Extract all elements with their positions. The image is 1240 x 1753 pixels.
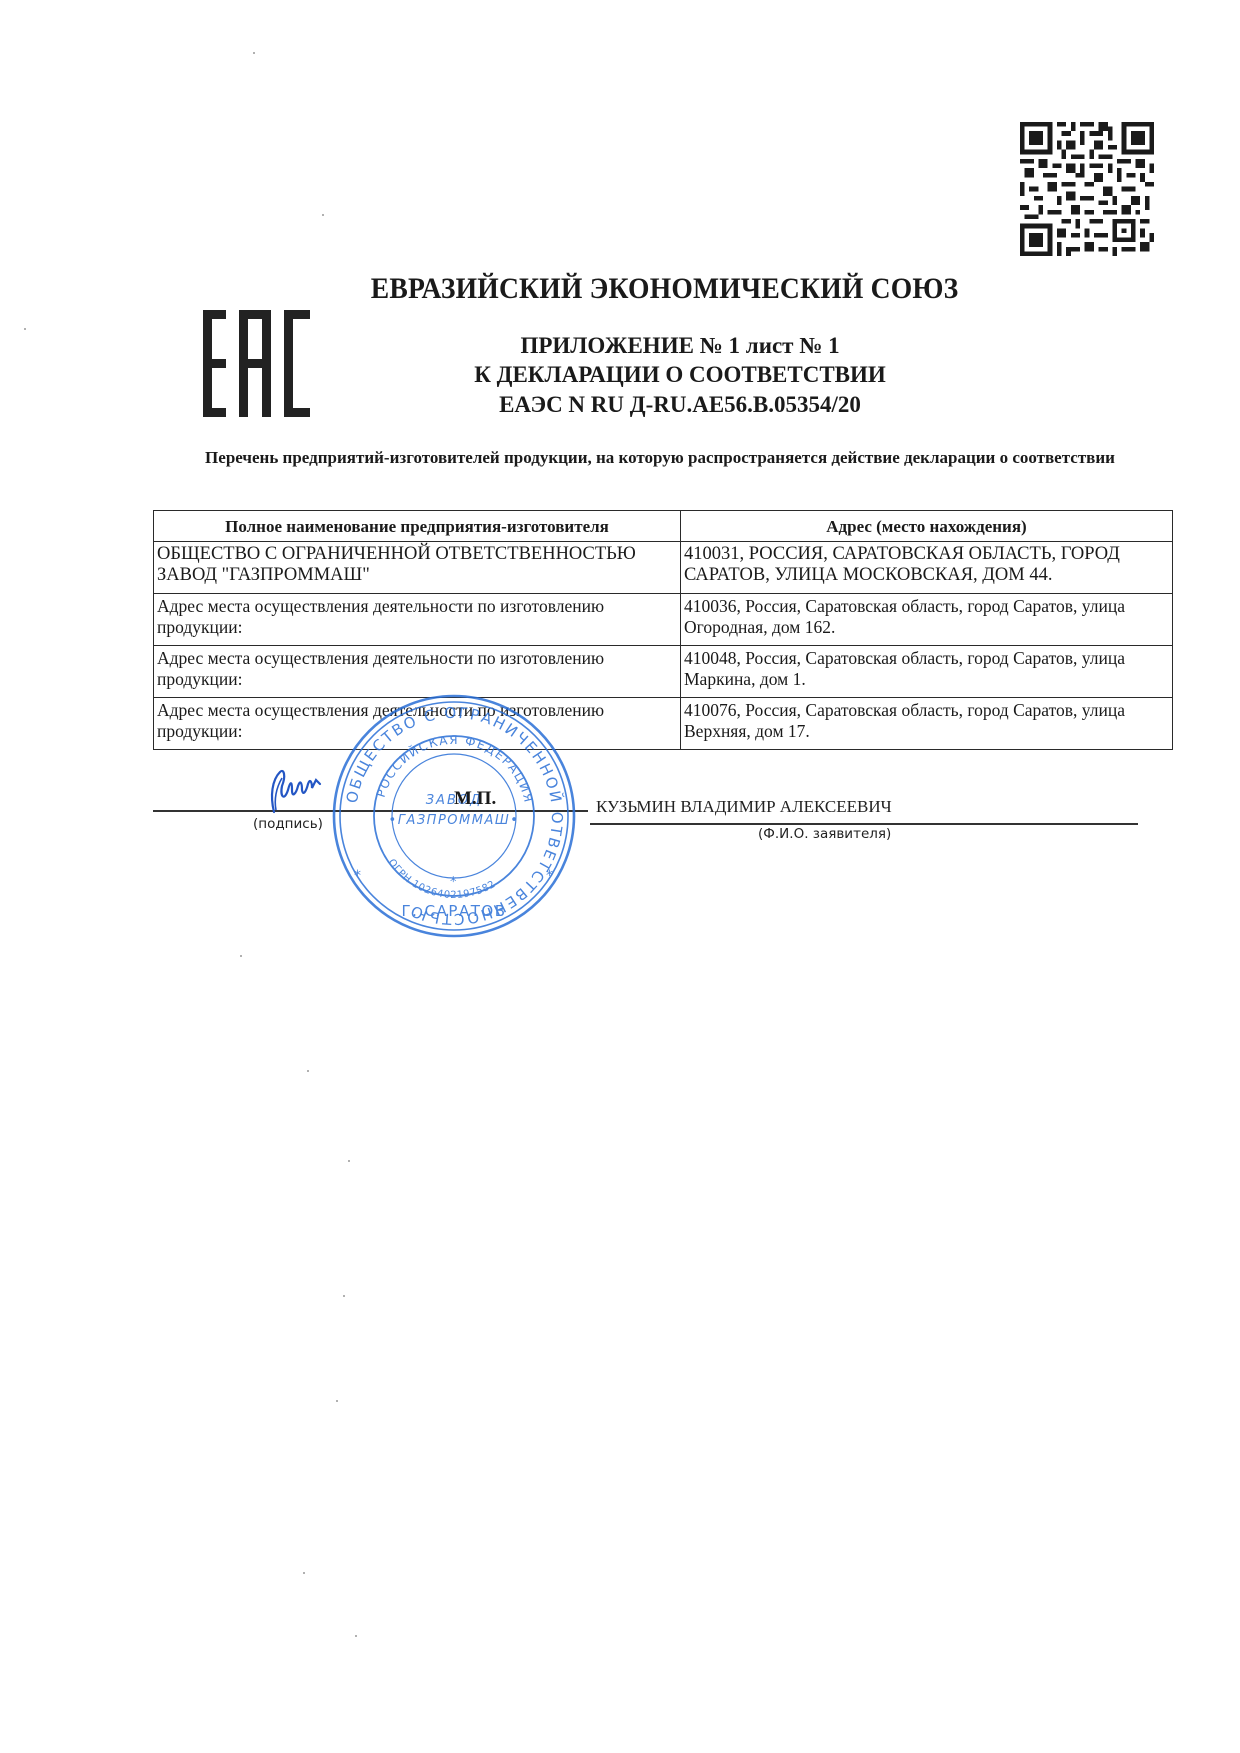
company-seal-stamp: ОБЩЕСТВО С ОГРАНИЧЕННОЙ ОТВЕТСТВЕННОСТЬЮ… — [328, 690, 580, 942]
eac-mark-icon — [203, 310, 310, 417]
site-address: 410036, Россия, Саратовская область, гор… — [681, 594, 1173, 646]
appendix-line: ПРИЛОЖЕНИЕ № 1 лист № 1 — [400, 333, 960, 359]
applicant-name-line — [590, 823, 1138, 825]
applicant-name: КУЗЬМИН ВЛАДИМИР АЛЕКСЕЕВИЧ — [596, 797, 892, 817]
applicant-caption: (Ф.И.О. заявителя) — [758, 826, 891, 842]
scan-speck — [343, 1295, 345, 1297]
scan-speck — [307, 1070, 309, 1072]
scan-speck — [348, 1160, 350, 1162]
manufacturer-name: ОБЩЕСТВО С ОГРАНИЧЕННОЙ ОТВЕТСТВЕННОСТЬЮ… — [154, 542, 681, 594]
svg-text:*: * — [354, 868, 361, 884]
seal-placeholder-label: М.П. — [454, 788, 496, 810]
scan-speck — [322, 214, 324, 216]
svg-text:Г. САРАТОВ: Г. САРАТОВ — [402, 902, 507, 920]
svg-text:ОГРН 1026402197582: ОГРН 1026402197582 — [386, 857, 498, 901]
site-address: 410076, Россия, Саратовская область, гор… — [681, 698, 1173, 750]
table-header-row: Полное наименование предприятия-изготови… — [154, 511, 1173, 542]
svg-text:*: * — [450, 875, 457, 890]
column-header-address: Адрес (место нахождения) — [681, 511, 1173, 542]
scan-speck — [240, 955, 242, 957]
manufacturers-table: Полное наименование предприятия-изготови… — [153, 510, 1173, 750]
svg-text:*: * — [546, 868, 553, 884]
declaration-line: К ДЕКЛАРАЦИИ О СООТВЕТСТВИИ — [400, 362, 960, 388]
table-row: ОБЩЕСТВО С ОГРАНИЧЕННОЙ ОТВЕТСТВЕННОСТЬЮ… — [154, 542, 1173, 594]
qr-code-icon — [1020, 122, 1154, 256]
scan-speck — [24, 328, 26, 330]
site-label: Адрес места осуществления деятельности п… — [154, 594, 681, 646]
declaration-number: ЕАЭС N RU Д-RU.АЕ56.В.05354/20 — [400, 392, 960, 418]
table-row: Адрес места осуществления деятельности п… — [154, 646, 1173, 698]
intro-text: Перечень предприятий-изготовителей проду… — [170, 446, 1150, 469]
scan-speck — [303, 1572, 305, 1574]
scan-speck — [253, 52, 255, 54]
column-header-name: Полное наименование предприятия-изготови… — [154, 511, 681, 542]
union-title: ЕВРАЗИЙСКИЙ ЭКОНОМИЧЕСКИЙ СОЮЗ — [53, 272, 1194, 306]
scan-speck — [355, 1635, 357, 1637]
signature-caption: (подпись) — [253, 816, 323, 832]
table-row: Адрес места осуществления деятельности п… — [154, 698, 1173, 750]
manufacturer-address: 410031, РОССИЯ, САРАТОВСКАЯ ОБЛАСТЬ, ГОР… — [681, 542, 1173, 594]
svg-text:•ГАЗПРОММАШ•: •ГАЗПРОММАШ• — [389, 813, 520, 828]
scan-speck — [336, 1400, 338, 1402]
table-row: Адрес места осуществления деятельности п… — [154, 594, 1173, 646]
site-address: 410048, Россия, Саратовская область, гор… — [681, 646, 1173, 698]
